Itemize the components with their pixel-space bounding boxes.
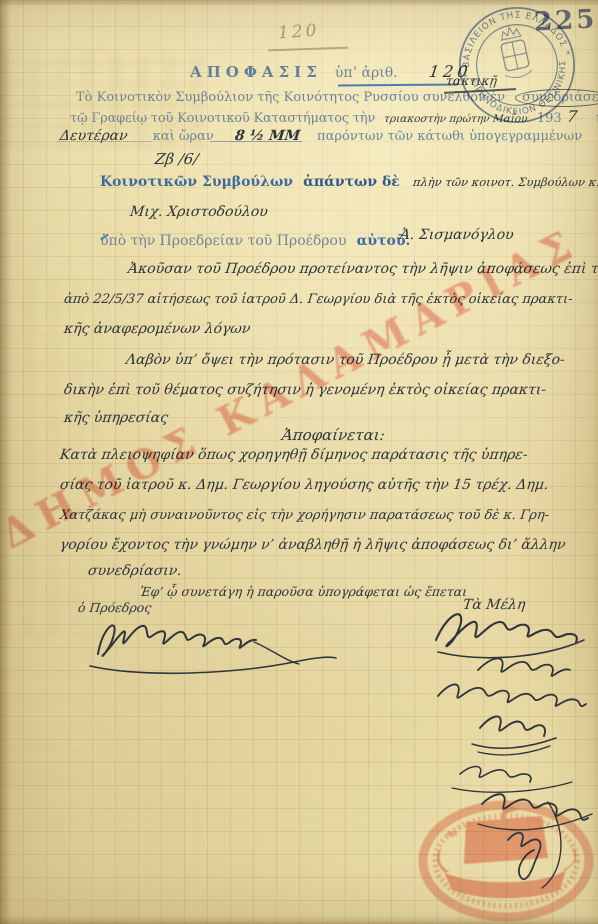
margin-note-text: Ζβ /6/ [154, 150, 200, 168]
councillors-printed: Κοινοτικῶν Συμβούλων [100, 174, 293, 190]
line2-printed-text: Τὸ Κοινοτικὸν Συμβούλιον τῆς Κοινότητος … [76, 90, 505, 105]
margin-note: Ζβ /6/ [155, 149, 199, 168]
councillors-filled: πλὴν τῶν κοινοτ. Συμβούλων κ.κ. Π. Ραγηλ… [412, 175, 598, 189]
verdict-word: Ἀποφαίνεται: [281, 426, 386, 444]
body-para3-line4: γορίου ἔχοντος τὴν γνώμην ν’ ἀναβληθῇ ἡ … [59, 537, 566, 553]
document-page: 120 225 ΑΠΟΦΑΣΙΣ ὑπ’ ἀριθ. 120 Τὸ Κοινοτ… [0, 0, 598, 924]
president-name-line: Ἀ. Σισμανόγλου [400, 224, 514, 243]
absent-filled-text: Μιχ. Χριστοδούλου [129, 204, 269, 220]
hour-printed-label: καὶ ὥραν [153, 129, 214, 144]
bleed-through-ghost [0, 648, 85, 778]
pencil-number-text: 120 [277, 21, 320, 44]
presidency-printed: ὑπὸ τὴν Προεδρείαν τοῦ Προέδρου [100, 233, 346, 249]
presidency-line: ὑπὸ τὴν Προεδρείαν τοῦ Προέδρου αὐτοῦ. [100, 230, 410, 249]
body-para3-line5: συνεδρίασιν. [87, 563, 183, 579]
member-signature-2 [478, 658, 570, 675]
day-filled-text: Δευτέραν [59, 128, 129, 144]
body-para3-line3: Χατζάκας μὴ συναινοῦντος εἰς τὴν χορήγησ… [59, 508, 550, 523]
line3-printed-text: τῷ Γραφείῳ τοῦ Κοινοτικοῦ Καταστήματος τ… [70, 111, 375, 126]
stamp-arc-top-text: * ΒΑΣΙΛΕΙΟΝ ΤΗΣ ΕΛΛΑΔΟΣ * [452, 0, 572, 78]
pencil-underline [268, 47, 348, 51]
pencil-archive-number: 120 [278, 22, 319, 42]
member-signature-1 [436, 614, 584, 658]
president-filled-name: Ἀ. Σισμανόγλου [399, 227, 515, 243]
body-para2-line3: κῆς ὑπηρεσίας [63, 410, 169, 426]
round-stamp-svg: * ΒΑΣΙΛΕΙΟΝ ΤΗΣ ΕΛΛΑΔΟΣ * ΕΙΡΗΝΟΔΙΚΕΙΟΝ … [452, 0, 582, 130]
decision-title: ΑΠΟΦΑΣΙΣ [190, 63, 322, 81]
inserted-word-annotation: τακτικῇ [446, 70, 497, 89]
member-signature-6 [478, 794, 592, 830]
decision-title-line: ΑΠΟΦΑΣΙΣ ὑπ’ ἀριθ. 120 [190, 62, 471, 81]
round-stamp: * ΒΑΣΙΛΕΙΟΝ ΤΗΣ ΕΛΛΑΔΟΣ * ΕΙΡΗΝΟΔΙΚΕΙΟΝ … [452, 0, 582, 134]
member-signature-4 [472, 716, 556, 754]
president-signature [84, 608, 364, 683]
hour-filled-text: 8 ½ ΜΜ [234, 128, 301, 144]
coat-of-arms-icon [496, 25, 534, 80]
inserted-word-text: τακτικῇ [445, 73, 498, 88]
councillors-line: Κοινοτικῶν Συμβούλων ἁπάντων δὲ πλὴν τῶν… [100, 171, 598, 190]
decision-number-label: ὑπ’ ἀριθ. [335, 65, 398, 81]
body-para1-line3: κῆς ἀναφερομένων λόγων [63, 321, 251, 337]
member-signature-7 [508, 802, 561, 888]
councillors-bold: ἁπάντων δὲ [303, 174, 400, 190]
member-signatures [408, 592, 598, 892]
page-edge-shadow [0, 0, 11, 924]
member-signature-5 [452, 767, 572, 793]
member-signature-3 [438, 684, 586, 706]
absent-line: Μιχ. Χριστοδούλου [130, 201, 268, 220]
